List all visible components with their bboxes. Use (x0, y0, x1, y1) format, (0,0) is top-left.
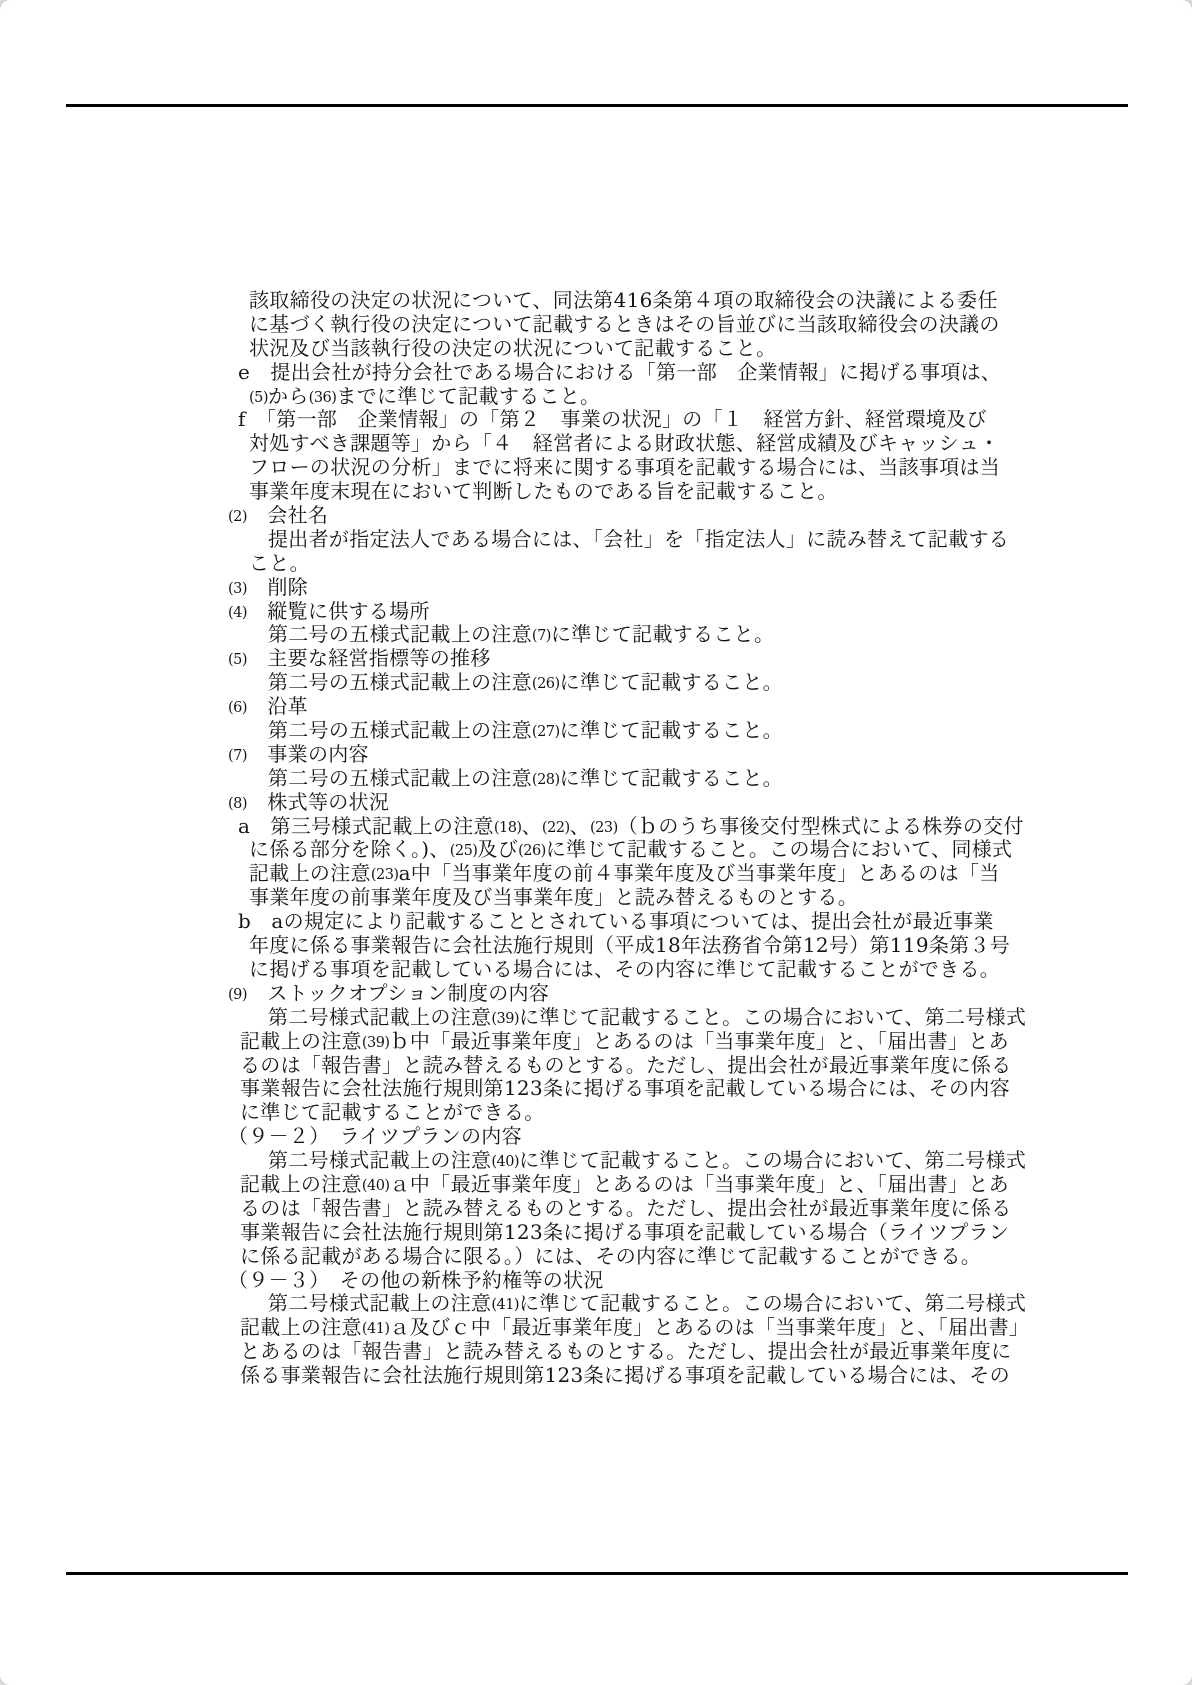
paren-note-number: (27) (532, 721, 560, 745)
text-line: 記載上の注意(39)ｂ中「最近事業年度」とあるのは「当事業年度」と、「届出書」と… (0, 1030, 1192, 1054)
paren-note-number: (40) (491, 1151, 519, 1175)
paren-note-number: (7) (228, 745, 247, 769)
top-rule (66, 104, 1128, 107)
paren-note-number: (18) (494, 817, 522, 841)
text-line: 状況及び当該執行役の決定の状況について記載すること。 (0, 337, 1192, 361)
paren-note-number: (26) (518, 840, 546, 864)
document-page: 該取締役の決定の状況について、同法第416条第４項の取締役会の決議による委任に基… (0, 0, 1192, 1685)
paren-note-number: (8) (228, 793, 247, 817)
text-line: に係る記載がある場合に限る。）には、その内容に準じて記載することができる。 (0, 1245, 1192, 1269)
text-line: 事業年度の前事業年度及び当事業年度」と読み替えるものとする。 (0, 886, 1192, 910)
text-line: るのは「報告書」と読み替えるものとする。ただし、提出会社が最近事業年度に係る (0, 1054, 1192, 1078)
paren-note-number: (36) (309, 387, 337, 411)
text-line: 事業報告に会社法施行規則第123条に掲げる事項を記載している場合には、その内容 (0, 1077, 1192, 1101)
text-line: (7) 事業の内容 (0, 743, 1192, 767)
text-line: 記載上の注意(41)ａ及びｃ中「最近事業年度」とあるのは「当事業年度」と、「届出… (0, 1316, 1192, 1340)
text-line: に掲げる事項を記載している場合には、その内容に準じて記載することができる。 (0, 958, 1192, 982)
paren-note-number: (41) (491, 1294, 519, 1318)
text-line: (2) 会社名 (0, 504, 1192, 528)
text-line: 年度に係る事業報告に会社法施行規則（平成18年法務省令第12号）第119条第３号 (0, 934, 1192, 958)
text-line: （９－２） ライツプランの内容 (0, 1125, 1192, 1149)
text-line: (5)から(36)までに準じて記載すること。 (0, 385, 1192, 409)
paren-note-number: (39) (362, 1032, 390, 1056)
text-line: f 「第一部 企業情報」の「第２ 事業の状況」の「１ 経営方針、経営環境及び (0, 408, 1192, 432)
text-line: 第二号の五様式記載上の注意(27)に準じて記載すること。 (0, 719, 1192, 743)
text-line: (5) 主要な経営指標等の推移 (0, 647, 1192, 671)
paren-note-number: (5) (228, 649, 247, 673)
text-line: 該取締役の決定の状況について、同法第416条第４項の取締役会の決議による委任 (0, 289, 1192, 313)
text-line: (6) 沿革 (0, 695, 1192, 719)
text-line: 第二号の五様式記載上の注意(7)に準じて記載すること。 (0, 623, 1192, 647)
bottom-rule (66, 1572, 1128, 1575)
paren-note-number: (4) (228, 602, 247, 626)
text-line: (4) 縦覧に供する場所 (0, 600, 1192, 624)
text-line: 対処すべき課題等」から「４ 経営者による財政状態、経営成績及びキャッシュ・ (0, 432, 1192, 456)
text-line: (8) 株式等の状況 (0, 791, 1192, 815)
paren-note-number: (26) (532, 673, 560, 697)
text-line: フローの状況の分析」までに将来に関する事項を記載する場合には、当該事項は当 (0, 456, 1192, 480)
text-line: 事業報告に会社法施行規則第123条に掲げる事項を記載している場合（ライツプラン (0, 1221, 1192, 1245)
paren-note-number: (3) (228, 578, 247, 602)
text-line: a 第三号様式記載上の注意(18)、(22)、(23)（ｂのうち事後交付型株式に… (0, 815, 1192, 839)
paren-note-number: (41) (362, 1318, 390, 1342)
paren-note-number: (22) (542, 817, 570, 841)
text-line: (9) ストックオプション制度の内容 (0, 982, 1192, 1006)
paren-note-number: (39) (491, 1008, 519, 1032)
text-line: に係る部分を除く。)、(25)及び(26)に準じて記載すること。この場合において… (0, 838, 1192, 862)
text-line: (3) 削除 (0, 576, 1192, 600)
paren-note-number: (2) (228, 506, 247, 530)
paren-note-number: (9) (228, 984, 247, 1008)
text-line: （９－３） その他の新株予約権等の状況 (0, 1269, 1192, 1293)
text-line: 第二号様式記載上の注意(41)に準じて記載すること。この場合において、第二号様式 (0, 1292, 1192, 1316)
paren-note-number: (23) (590, 817, 618, 841)
text-line: 記載上の注意(23)a中「当事業年度の前４事業年度及び当事業年度」とあるのは「当 (0, 862, 1192, 886)
text-line: 事業年度末現在において判断したものである旨を記載すること。 (0, 480, 1192, 504)
paren-note-number: (23) (371, 864, 399, 888)
paren-note-number: (25) (450, 840, 478, 864)
text-line: 第二号の五様式記載上の注意(26)に準じて記載すること。 (0, 671, 1192, 695)
text-line: 第二号様式記載上の注意(39)に準じて記載すること。この場合において、第二号様式 (0, 1006, 1192, 1030)
paren-note-number: (7) (532, 625, 551, 649)
text-line: に基づく執行役の決定について記載するときはその旨並びに当該取締役会の決議の (0, 313, 1192, 337)
text-block: 該取締役の決定の状況について、同法第416条第４項の取締役会の決議による委任に基… (0, 289, 1192, 1388)
text-line: 提出者が指定法人である場合には、「会社」を「指定法人」に読み替えて記載する (0, 528, 1192, 552)
paren-note-number: (5) (249, 387, 268, 411)
text-line: 記載上の注意(40)ａ中「最近事業年度」とあるのは「当事業年度」と、「届出書」と… (0, 1173, 1192, 1197)
text-line: るのは「報告書」と読み替えるものとする。ただし、提出会社が最近事業年度に係る (0, 1197, 1192, 1221)
paren-note-number: (6) (228, 697, 247, 721)
text-line: b aの規定により記載することとされている事項については、提出会社が最近事業 (0, 910, 1192, 934)
text-line: 第二号の五様式記載上の注意(28)に準じて記載すること。 (0, 767, 1192, 791)
paren-note-number: (40) (362, 1175, 390, 1199)
text-line: e 提出会社が持分会社である場合における「第一部 企業情報」に掲げる事項は、 (0, 361, 1192, 385)
text-line: とあるのは「報告書」と読み替えるものとする。ただし、提出会社が最近事業年度に (0, 1340, 1192, 1364)
text-line: 第二号様式記載上の注意(40)に準じて記載すること。この場合において、第二号様式 (0, 1149, 1192, 1173)
text-line: に準じて記載することができる。 (0, 1101, 1192, 1125)
paren-note-number: (28) (532, 769, 560, 793)
text-line: 係る事業報告に会社法施行規則第123条に掲げる事項を記載している場合には、その (0, 1364, 1192, 1388)
text-line: こと。 (0, 552, 1192, 576)
